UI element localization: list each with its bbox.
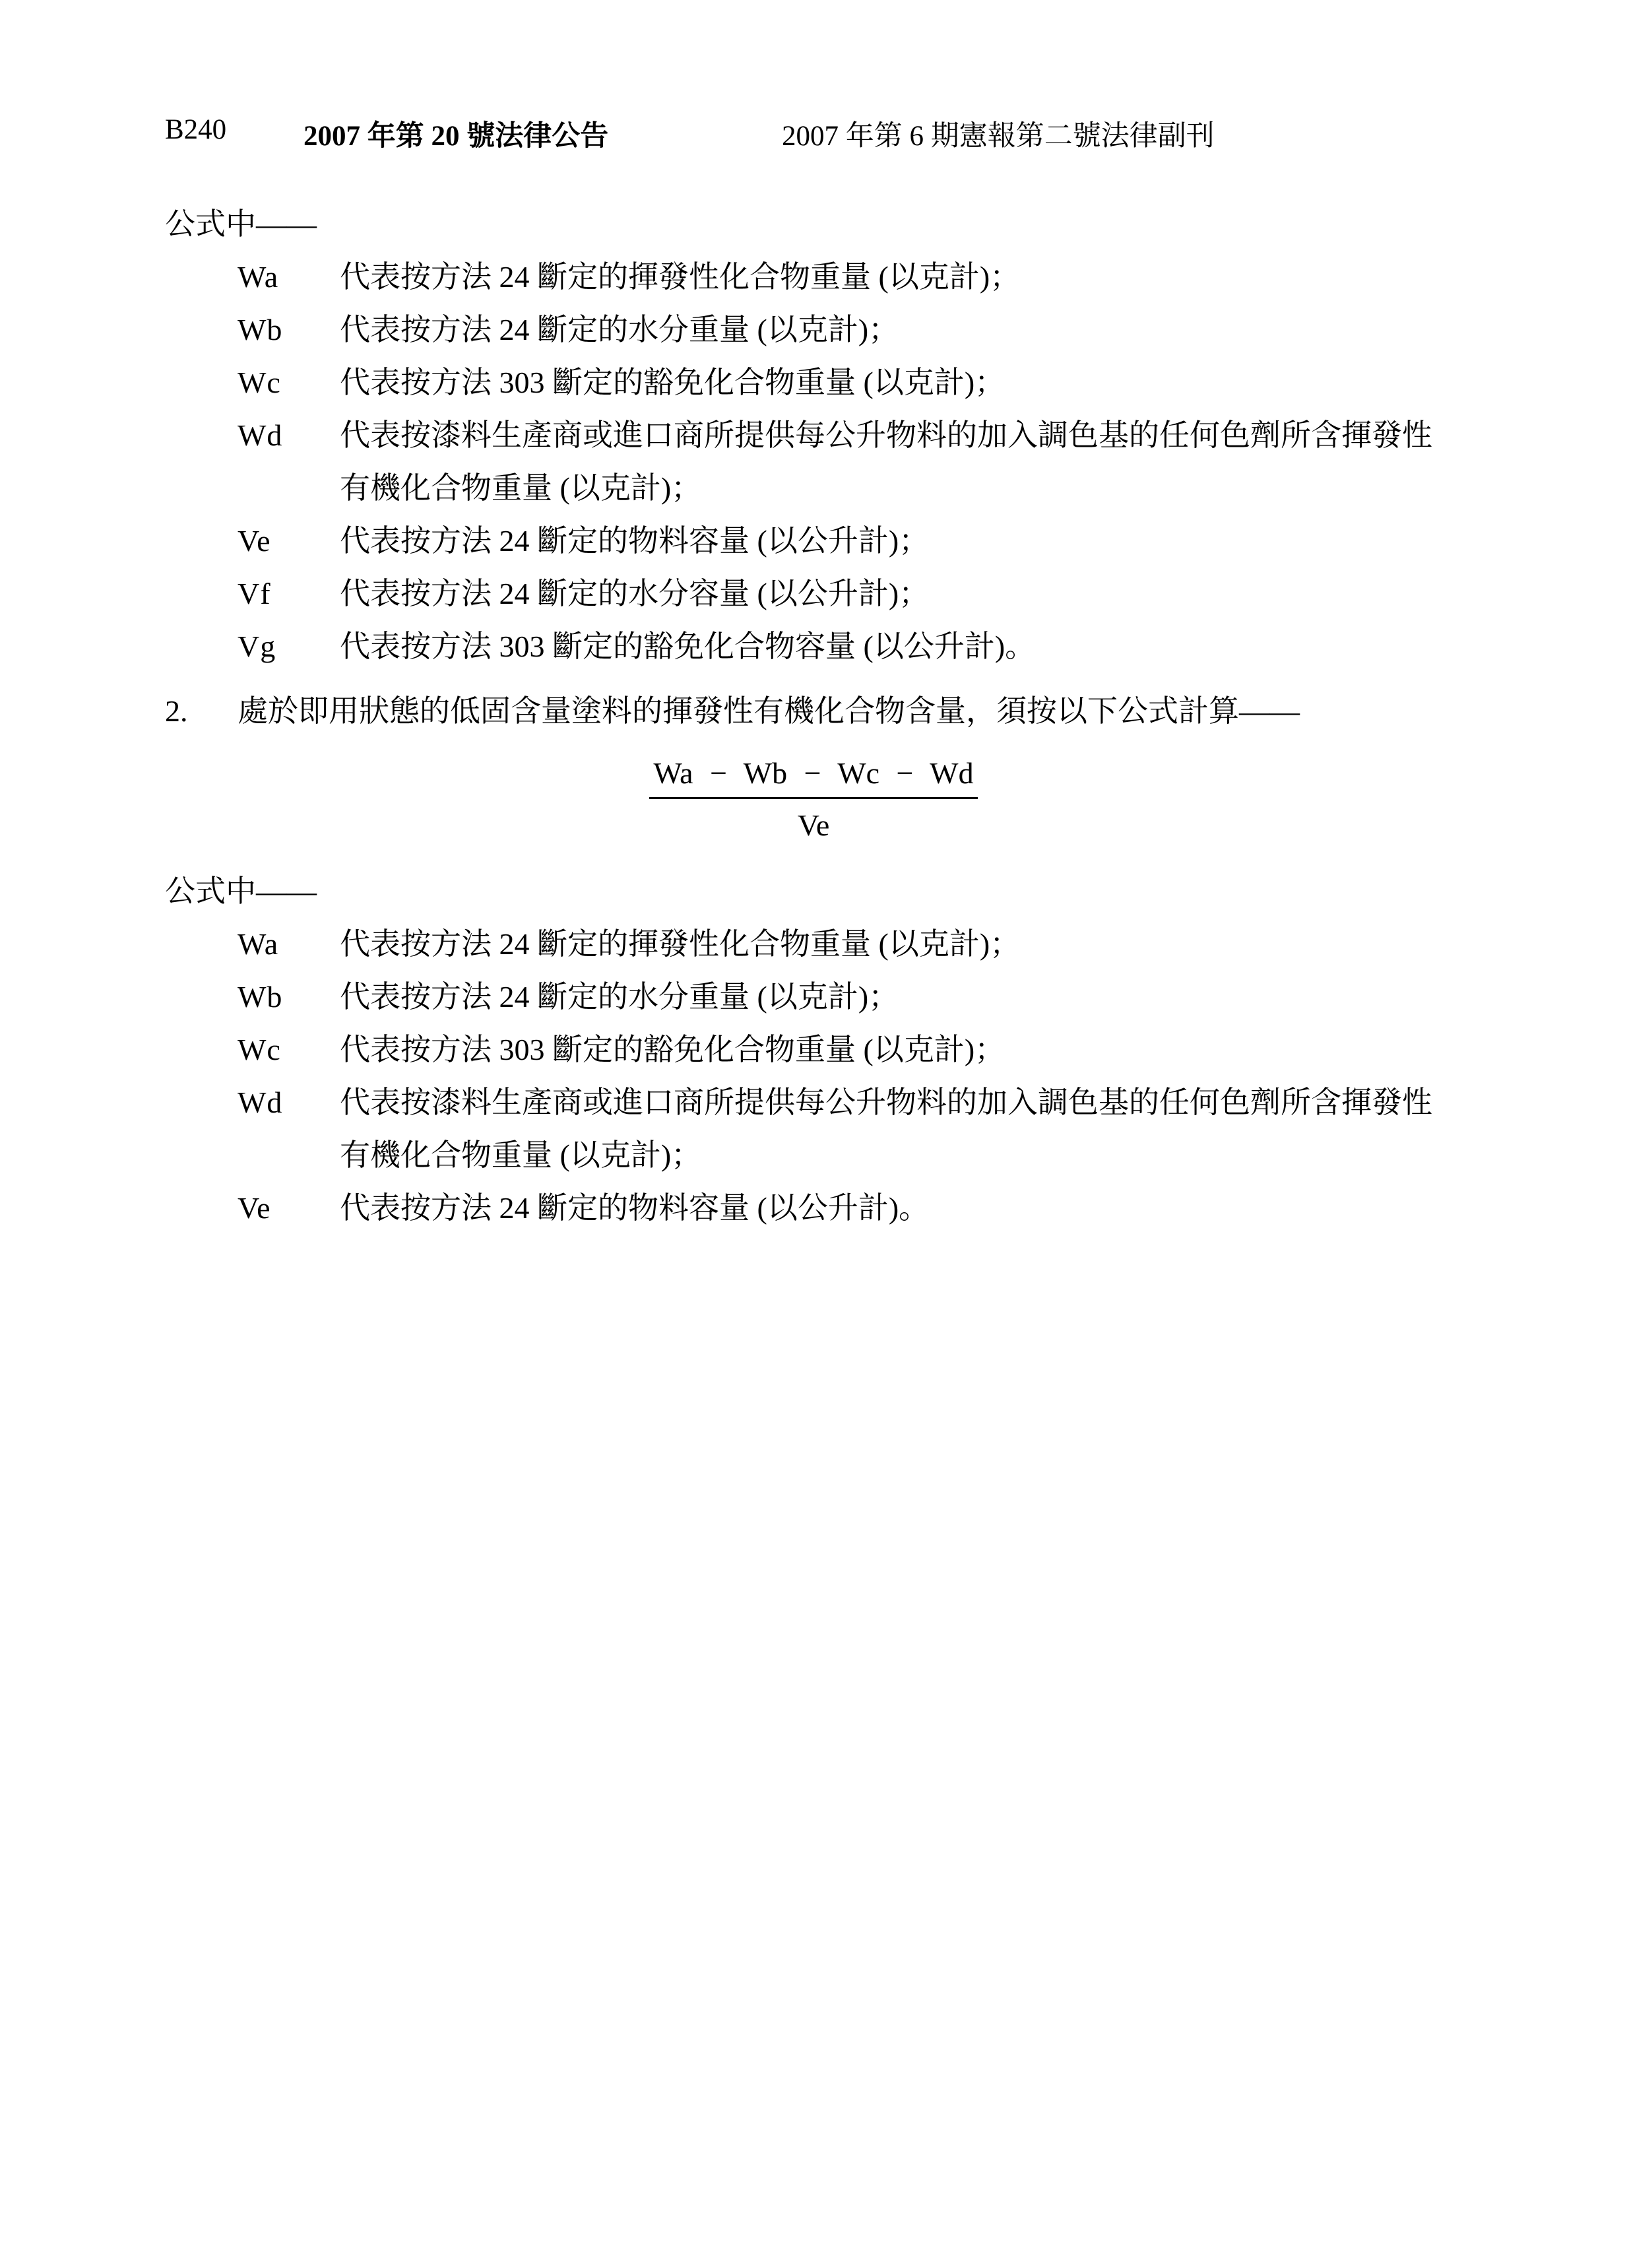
definition-row: Wc 代表按方法 303 斷定的豁免化合物重量 (以克計)；	[238, 356, 1462, 409]
definition-text: 代表按方法 24 斷定的物料容量 (以公升計)；	[340, 515, 1462, 567]
definition-row: Wb 代表按方法 24 斷定的水分重量 (以克計)；	[238, 971, 1462, 1023]
definition-text: 代表按方法 24 斷定的揮發性化合物重量 (以克計)；	[340, 251, 1462, 304]
page-header: B240 2007 年第 20 號法律公告 2007 年第 6 期憲報第二號法律…	[0, 113, 1627, 153]
definition-text: 代表按方法 24 斷定的水分重量 (以克計)；	[340, 304, 1462, 356]
definition-row: Ve 代表按方法 24 斷定的物料容量 (以公升計)。	[238, 1182, 1462, 1235]
definition-term: Wa	[238, 251, 340, 304]
formula-intro-2: 公式中——	[165, 865, 1462, 918]
voc-formula: Wa − Wb − Wc − Wd Ve	[165, 752, 1462, 852]
formula-intro-1: 公式中——	[165, 198, 1462, 251]
definition-row: Vf 代表按方法 24 斷定的水分容量 (以公升計)；	[238, 567, 1462, 620]
definition-list-1: Wa 代表按方法 24 斷定的揮發性化合物重量 (以克計)； Wb 代表按方法 …	[238, 251, 1462, 673]
definition-term: Wa	[238, 918, 340, 971]
definition-term: Wb	[238, 304, 340, 356]
gazette-title: 2007 年第 20 號法律公告	[303, 113, 608, 154]
clause-number: 2.	[165, 685, 238, 738]
definition-text: 代表按方法 24 斷定的水分重量 (以克計)；	[340, 971, 1462, 1023]
definition-text: 代表按方法 303 斷定的豁免化合物重量 (以克計)；	[340, 356, 1462, 409]
formula-numerator: Wa − Wb − Wc − Wd	[649, 752, 977, 799]
page-number: B240	[165, 113, 226, 146]
definition-term: Wc	[238, 1023, 340, 1076]
definition-text: 代表按方法 24 斷定的水分容量 (以公升計)；	[340, 567, 1462, 620]
definition-row: Wd 代表按漆料生產商或進口商所提供每公升物料的加入調色基的任何色劑所含揮發性有…	[238, 409, 1462, 515]
definition-row: Wd 代表按漆料生產商或進口商所提供每公升物料的加入調色基的任何色劑所含揮發性有…	[238, 1076, 1462, 1182]
gazette-issue: 2007 年第 6 期憲報第二號法律副刊	[782, 113, 1215, 154]
definition-row: Wc 代表按方法 303 斷定的豁免化合物重量 (以克計)；	[238, 1023, 1462, 1076]
definition-term: Vg	[238, 620, 340, 673]
clause-2: 2. 處於即用狀態的低固含量塗料的揮發性有機化合物含量，須按以下公式計算——	[165, 685, 1462, 738]
definition-row: Wa 代表按方法 24 斷定的揮發性化合物重量 (以克計)；	[238, 251, 1462, 304]
definition-row: Ve 代表按方法 24 斷定的物料容量 (以公升計)；	[238, 515, 1462, 567]
formula-denominator: Ve	[649, 799, 977, 847]
definition-list-2: Wa 代表按方法 24 斷定的揮發性化合物重量 (以克計)； Wb 代表按方法 …	[238, 918, 1462, 1235]
definition-text: 代表按方法 303 斷定的豁免化合物容量 (以公升計)。	[340, 620, 1462, 673]
definition-term: Ve	[238, 1182, 340, 1235]
definition-term: Ve	[238, 515, 340, 567]
definition-text: 代表按漆料生產商或進口商所提供每公升物料的加入調色基的任何色劑所含揮發性有機化合…	[340, 409, 1462, 515]
definition-text: 代表按漆料生產商或進口商所提供每公升物料的加入調色基的任何色劑所含揮發性有機化合…	[340, 1076, 1462, 1182]
definition-term: Vf	[238, 567, 340, 620]
definition-row: Wb 代表按方法 24 斷定的水分重量 (以克計)；	[238, 304, 1462, 356]
document-body: 公式中—— Wa 代表按方法 24 斷定的揮發性化合物重量 (以克計)； Wb …	[0, 198, 1627, 1235]
definition-term: Wc	[238, 356, 340, 409]
definition-row: Vg 代表按方法 303 斷定的豁免化合物容量 (以公升計)。	[238, 620, 1462, 673]
definition-row: Wa 代表按方法 24 斷定的揮發性化合物重量 (以克計)；	[238, 918, 1462, 971]
definition-term: Wb	[238, 971, 340, 1023]
gazette-page: B240 2007 年第 20 號法律公告 2007 年第 6 期憲報第二號法律…	[0, 0, 1627, 2268]
definition-text: 代表按方法 24 斷定的揮發性化合物重量 (以克計)；	[340, 918, 1462, 971]
definition-term: Wd	[238, 1076, 340, 1129]
fraction: Wa − Wb − Wc − Wd Ve	[649, 752, 977, 847]
definition-text: 代表按方法 303 斷定的豁免化合物重量 (以克計)；	[340, 1023, 1462, 1076]
definition-term: Wd	[238, 409, 340, 462]
clause-text: 處於即用狀態的低固含量塗料的揮發性有機化合物含量，須按以下公式計算——	[238, 685, 1462, 738]
definition-text: 代表按方法 24 斷定的物料容量 (以公升計)。	[340, 1182, 1462, 1235]
